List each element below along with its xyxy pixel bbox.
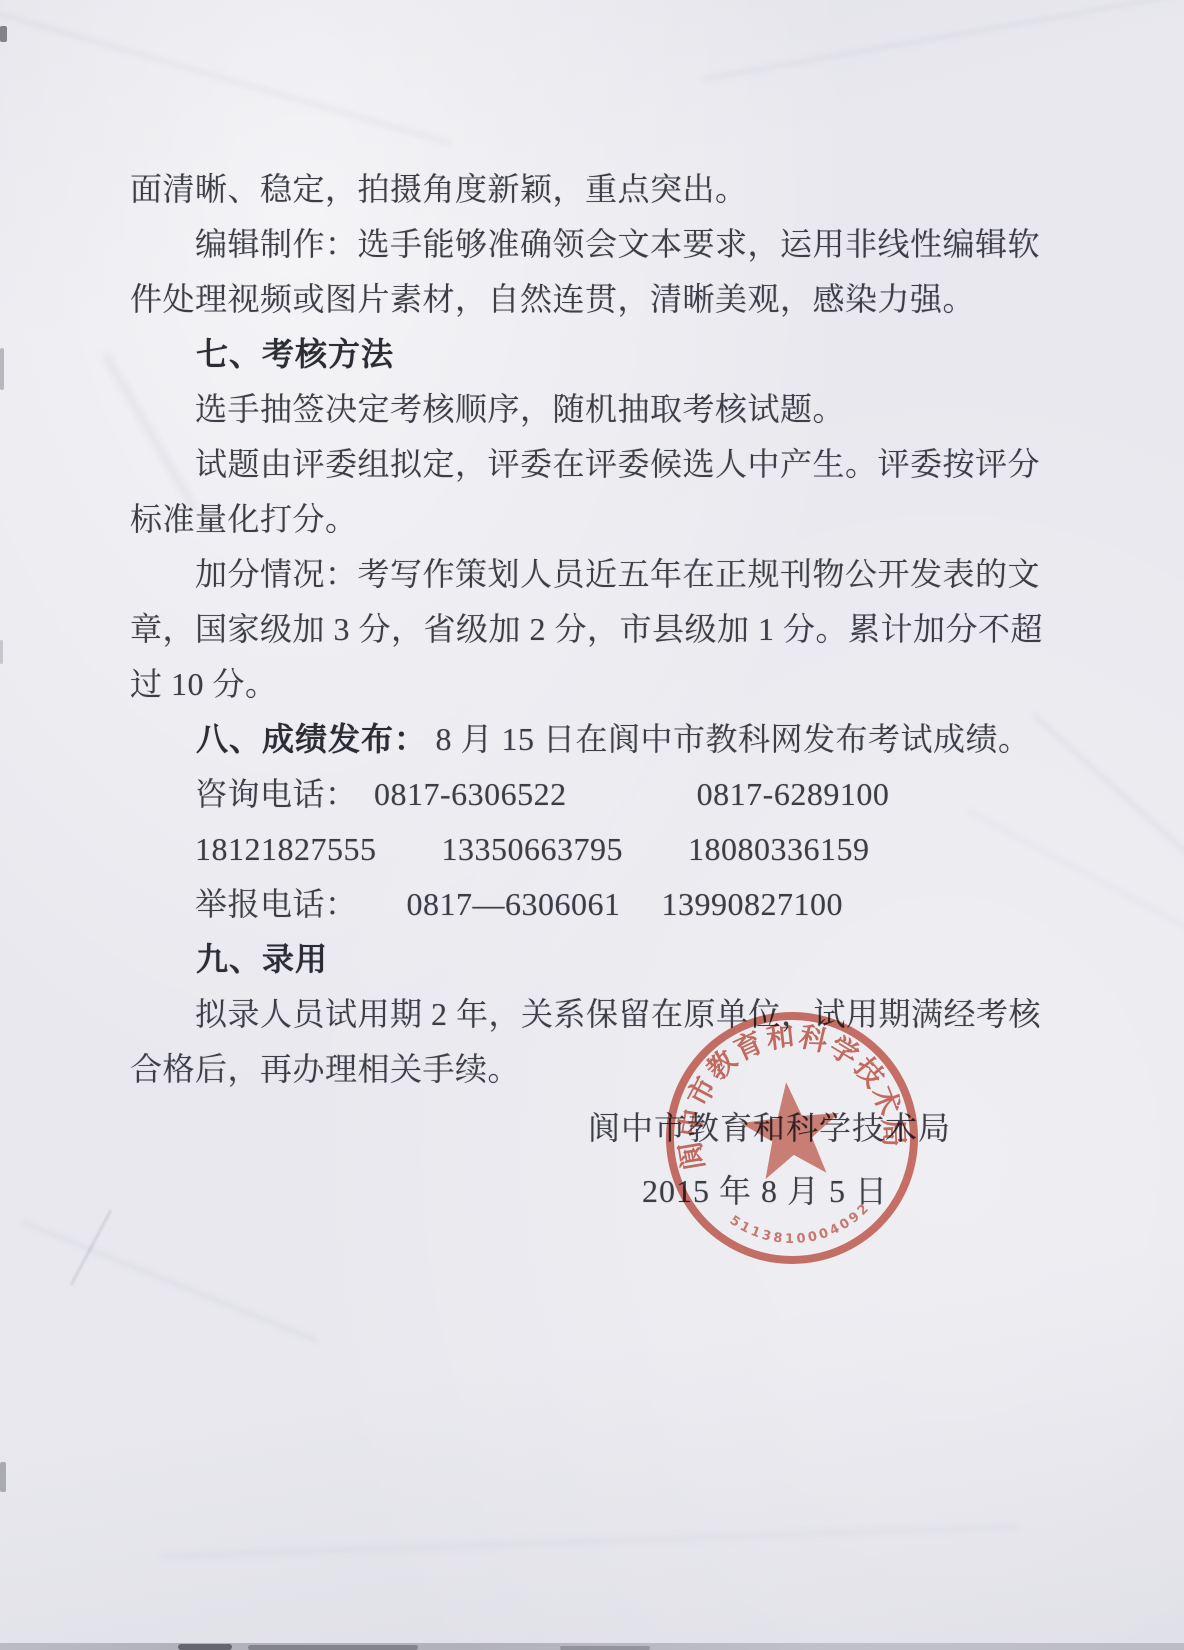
phone-line: 18121827555 13350663795 18080336159	[130, 822, 1060, 877]
text-line: 章，国家级加 3 分，省级加 2 分，市县级加 1 分。累计加分不超	[130, 602, 1060, 657]
section-heading: 七、考核方法	[130, 327, 1060, 382]
text-line: 件处理视频或图片素材，自然连贯，清晰美观，感染力强。	[130, 272, 1060, 327]
text-line: 加分情况：考写作策划人员近五年在正规刊物公开发表的文	[130, 547, 1060, 602]
scan-edge-mark	[0, 26, 7, 42]
pencil-mark	[70, 1210, 112, 1286]
text-line: 编辑制作：选手能够准确领会文本要求，运用非线性编辑软	[130, 217, 1060, 272]
document-body: 面清晰、稳定，拍摄角度新颖，重点突出。 编辑制作：选手能够准确领会文本要求，运用…	[130, 162, 1060, 1097]
text-line: 过 10 分。	[130, 657, 1060, 712]
scan-bottom-edge	[0, 1643, 1184, 1650]
text-line: 拟录人员试用期 2 年，关系保留在原单位，试用期满经考核	[130, 987, 1060, 1042]
scan-edge-mark	[0, 640, 3, 664]
issue-date: 2015 年 8 月 5 日	[642, 1166, 888, 1212]
phone-line: 举报电话： 0817—6306061 13990827100	[130, 877, 1060, 932]
text-line: 面清晰、稳定，拍摄角度新颖，重点突出。	[130, 162, 1060, 217]
scan-edge-mark	[0, 348, 4, 390]
phone-line: 咨询电话： 0817-6306522 0817-6289100	[130, 767, 1060, 822]
section-heading: 九、录用	[130, 932, 1060, 987]
scan-edge-mark	[0, 1462, 6, 1492]
document-page: 面清晰、稳定，拍摄角度新颖，重点突出。 编辑制作：选手能够准确领会文本要求，运用…	[0, 0, 1184, 1650]
paper-crease	[0, 0, 450, 145]
text-line: 标准量化打分。	[130, 492, 1060, 547]
paper-crease	[21, 1220, 319, 1343]
text-line: 试题由评委组拟定，评委在评委候选人中产生。评委按评分	[130, 437, 1060, 492]
text-line: 合格后，再办理相关手续。	[130, 1042, 1060, 1097]
paper-crease	[703, 0, 1176, 81]
section-heading: 八、成绩发布： 8 月 15 日在阆中市教科网发布考试成绩。	[130, 712, 1060, 767]
text-line: 选手抽签决定考核顺序，随机抽取考核试题。	[130, 382, 1060, 437]
paper-crease	[160, 1525, 1020, 1558]
issuer-name: 阆中市教育和科学技术局	[588, 1103, 951, 1149]
